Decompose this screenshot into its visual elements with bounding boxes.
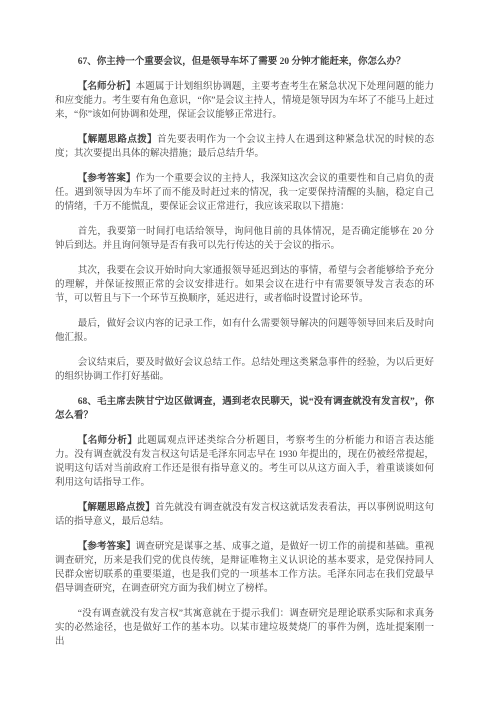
paragraph: 最后，做好会议内容的记录工作，如有什么需要领导解决的问题等领导回来后及时向他汇报… bbox=[55, 317, 434, 345]
paragraph: 首先，我要第一时间打电话给领导，询问他目前的具体情况，是否确定能够在 20 分钟… bbox=[55, 225, 434, 253]
paragraph-with-label: 【名师分析】此题属观点评述类综合分析题目，考察考生的分析能力和语言表达能力。没有… bbox=[55, 434, 434, 490]
paragraph-with-label: 【参考答案】调查研究是谋事之基、成事之道，是做好一切工作的前提和基础。重视调查研… bbox=[55, 540, 434, 596]
paragraph-text: 68、毛主席去陕甘宁边区做调查，遇到老农民聊天，说“没有调查就没有发言权”，你怎… bbox=[55, 397, 434, 421]
paragraph: 会议结束后，要及时做好会议总结工作。总结处理这类紧急事件的经验，为以后更好的组织… bbox=[55, 356, 434, 384]
document-page: 67、你主持一个重要会议，但是领导车坏了需要 20 分钟才能赶来，你怎么办？【名… bbox=[0, 0, 496, 702]
paragraph-with-label: 【参考答案】作为一个重要会议的主持人，我深知这次会议的重要性和自己肩负的责任。遇… bbox=[55, 172, 434, 214]
paragraph-text: 会议结束后，要及时做好会议总结工作。总结处理这类紧急事件的经验，为以后更好的组织… bbox=[55, 358, 434, 382]
paragraph-label: 【解题思路点拨】 bbox=[78, 135, 157, 145]
paragraph-text: 其次，我要在会议开始时向大家通报领导延迟到达的事情，希望与会者能够给予充分的理解… bbox=[55, 266, 434, 304]
paragraph: 68、毛主席去陕甘宁边区做调查，遇到老农民聊天，说“没有调查就没有发言权”，你怎… bbox=[55, 395, 434, 423]
document-content: 67、你主持一个重要会议，但是领导车坏了需要 20 分钟才能赶来，你怎么办？【名… bbox=[55, 55, 434, 649]
paragraph-text: “没有调查就没有发言权”其寓意就在于提示我们：调查研究是理论联系实际和求真务实的… bbox=[55, 609, 434, 647]
paragraph: 其次，我要在会议开始时向大家通报领导延迟到达的事情，希望与会者能够给予充分的理解… bbox=[55, 264, 434, 306]
paragraph-label: 【解题思路点拨】 bbox=[78, 503, 155, 513]
paragraph-label: 【名师分析】 bbox=[78, 82, 136, 92]
paragraph-label: 【参考答案】 bbox=[78, 174, 136, 184]
paragraph-text: 67、你主持一个重要会议，但是领导车坏了需要 20 分钟才能赶来，你怎么办？ bbox=[78, 57, 406, 67]
paragraph: “没有调查就没有发言权”其寓意就在于提示我们：调查研究是理论联系实际和求真务实的… bbox=[55, 607, 434, 649]
paragraph-label: 【参考答案】 bbox=[78, 542, 136, 552]
paragraph-with-label: 【解题思路点拨】首先要表明作为一个会议主持人在遇到这种紧急状况的时候的态度；其次… bbox=[55, 133, 434, 161]
paragraph-text: 最后，做好会议内容的记录工作，如有什么需要领导解决的问题等领导回来后及时向他汇报… bbox=[55, 319, 434, 343]
paragraph: 67、你主持一个重要会议，但是领导车坏了需要 20 分钟才能赶来，你怎么办？ bbox=[55, 55, 434, 69]
paragraph-with-label: 【解题思路点拨】首先就没有调查就没有发言权这就话发表看法，再以事例说明这句话的指… bbox=[55, 501, 434, 529]
paragraph-with-label: 【名师分析】本题属于计划组织协调题，主要考查考生在紧急状况下处理问题的能力和应变… bbox=[55, 80, 434, 122]
paragraph-label: 【名师分析】 bbox=[78, 436, 137, 446]
paragraph-text: 首先，我要第一时间打电话给领导，询问他目前的具体情况，是否确定能够在 20 分钟… bbox=[55, 227, 434, 251]
